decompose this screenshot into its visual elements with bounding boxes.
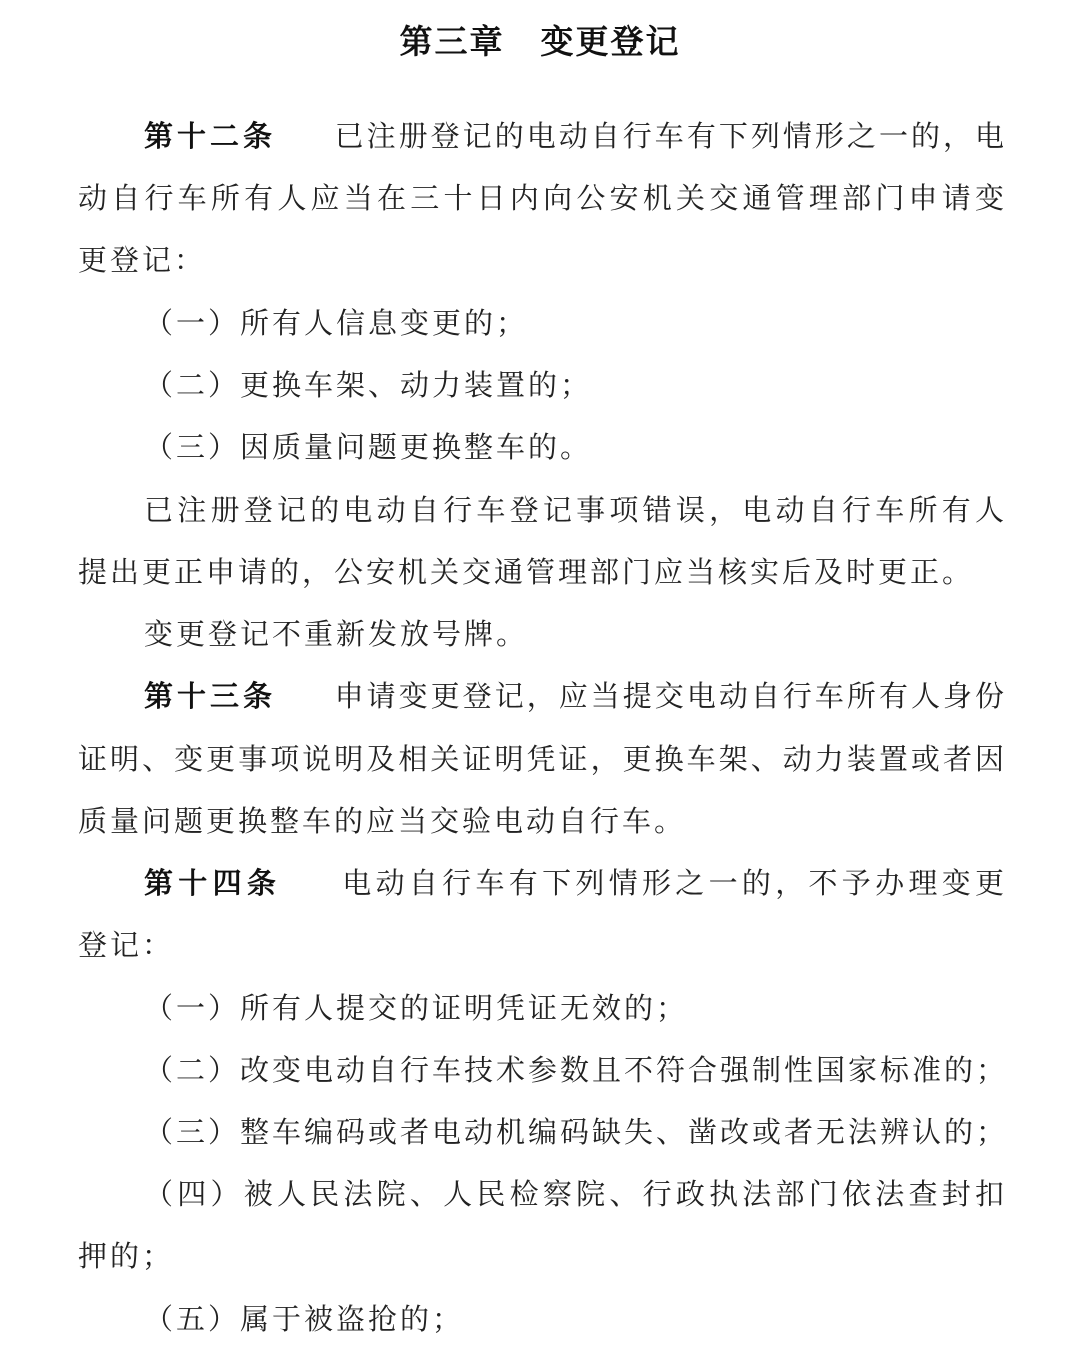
article-14-line-1: 第十四条 电动自行车有下列情形之一的，不予办理变更 <box>144 859 1004 907</box>
article-12-item-1: （一）所有人信息变更的； <box>144 299 528 347</box>
article-12-line-2: 动自行车所有人应当在三十日内向公安机关交通管理部门申请变 <box>78 174 1004 222</box>
article-13-line-2: 证明、变更事项说明及相关证明凭证，更换车架、动力装置或者因 <box>78 735 1004 783</box>
article-14-item-5: （五）属于被盗抢的； <box>144 1295 464 1343</box>
article-12-item-2: （二）更换车架、动力装置的； <box>144 361 592 409</box>
article-12-text: 已注册登记的电动自行车有下列情形之一的，电 <box>335 119 1004 153</box>
article-14-number: 第十四条 <box>144 866 281 900</box>
article-14-line-2: 登记： <box>78 921 174 969</box>
article-12-para-plate: 变更登记不重新发放号牌。 <box>144 610 528 658</box>
document-page: 第三章变更登记 第十二条 已注册登记的电动自行车有下列情形之一的，电 动自行车所… <box>0 0 1080 1368</box>
article-14-text: 电动自行车有下列情形之一的，不予办理变更 <box>342 866 1004 900</box>
article-13-line-1: 第十三条 申请变更登记，应当提交电动自行车所有人身份 <box>144 672 1004 720</box>
article-13-number: 第十三条 <box>144 679 276 713</box>
article-13-text: 申请变更登记，应当提交电动自行车所有人身份 <box>335 679 1004 713</box>
article-12-line-1: 第十二条 已注册登记的电动自行车有下列情形之一的，电 <box>144 112 1004 160</box>
chapter-number: 第三章 <box>400 22 505 61</box>
article-12-item-3: （三）因质量问题更换整车的。 <box>144 423 592 471</box>
article-14-item-4-line-1: （四）被人民法院、人民检察院、行政执法部门依法查封扣 <box>144 1170 1004 1218</box>
chapter-title: 变更登记 <box>541 22 681 61</box>
chapter-heading: 第三章变更登记 <box>0 18 1080 66</box>
article-14-item-4-line-2: 押的； <box>78 1232 174 1280</box>
article-12-number: 第十二条 <box>144 119 276 153</box>
article-12-para-correction-line-2: 提出更正申请的，公安机关交通管理部门应当核实后及时更正。 <box>78 548 974 596</box>
article-12-line-3: 更登记： <box>78 236 206 284</box>
article-14-item-1: （一）所有人提交的证明凭证无效的； <box>144 984 688 1032</box>
article-14-item-3: （三）整车编码或者电动机编码缺失、凿改或者无法辨认的； <box>144 1108 1008 1156</box>
article-13-line-3: 质量问题更换整车的应当交验电动自行车。 <box>78 797 686 845</box>
article-14-item-2: （二）改变电动自行车技术参数且不符合强制性国家标准的； <box>144 1046 1008 1094</box>
article-12-para-correction-line-1: 已注册登记的电动自行车登记事项错误，电动自行车所有人 <box>144 486 1004 534</box>
